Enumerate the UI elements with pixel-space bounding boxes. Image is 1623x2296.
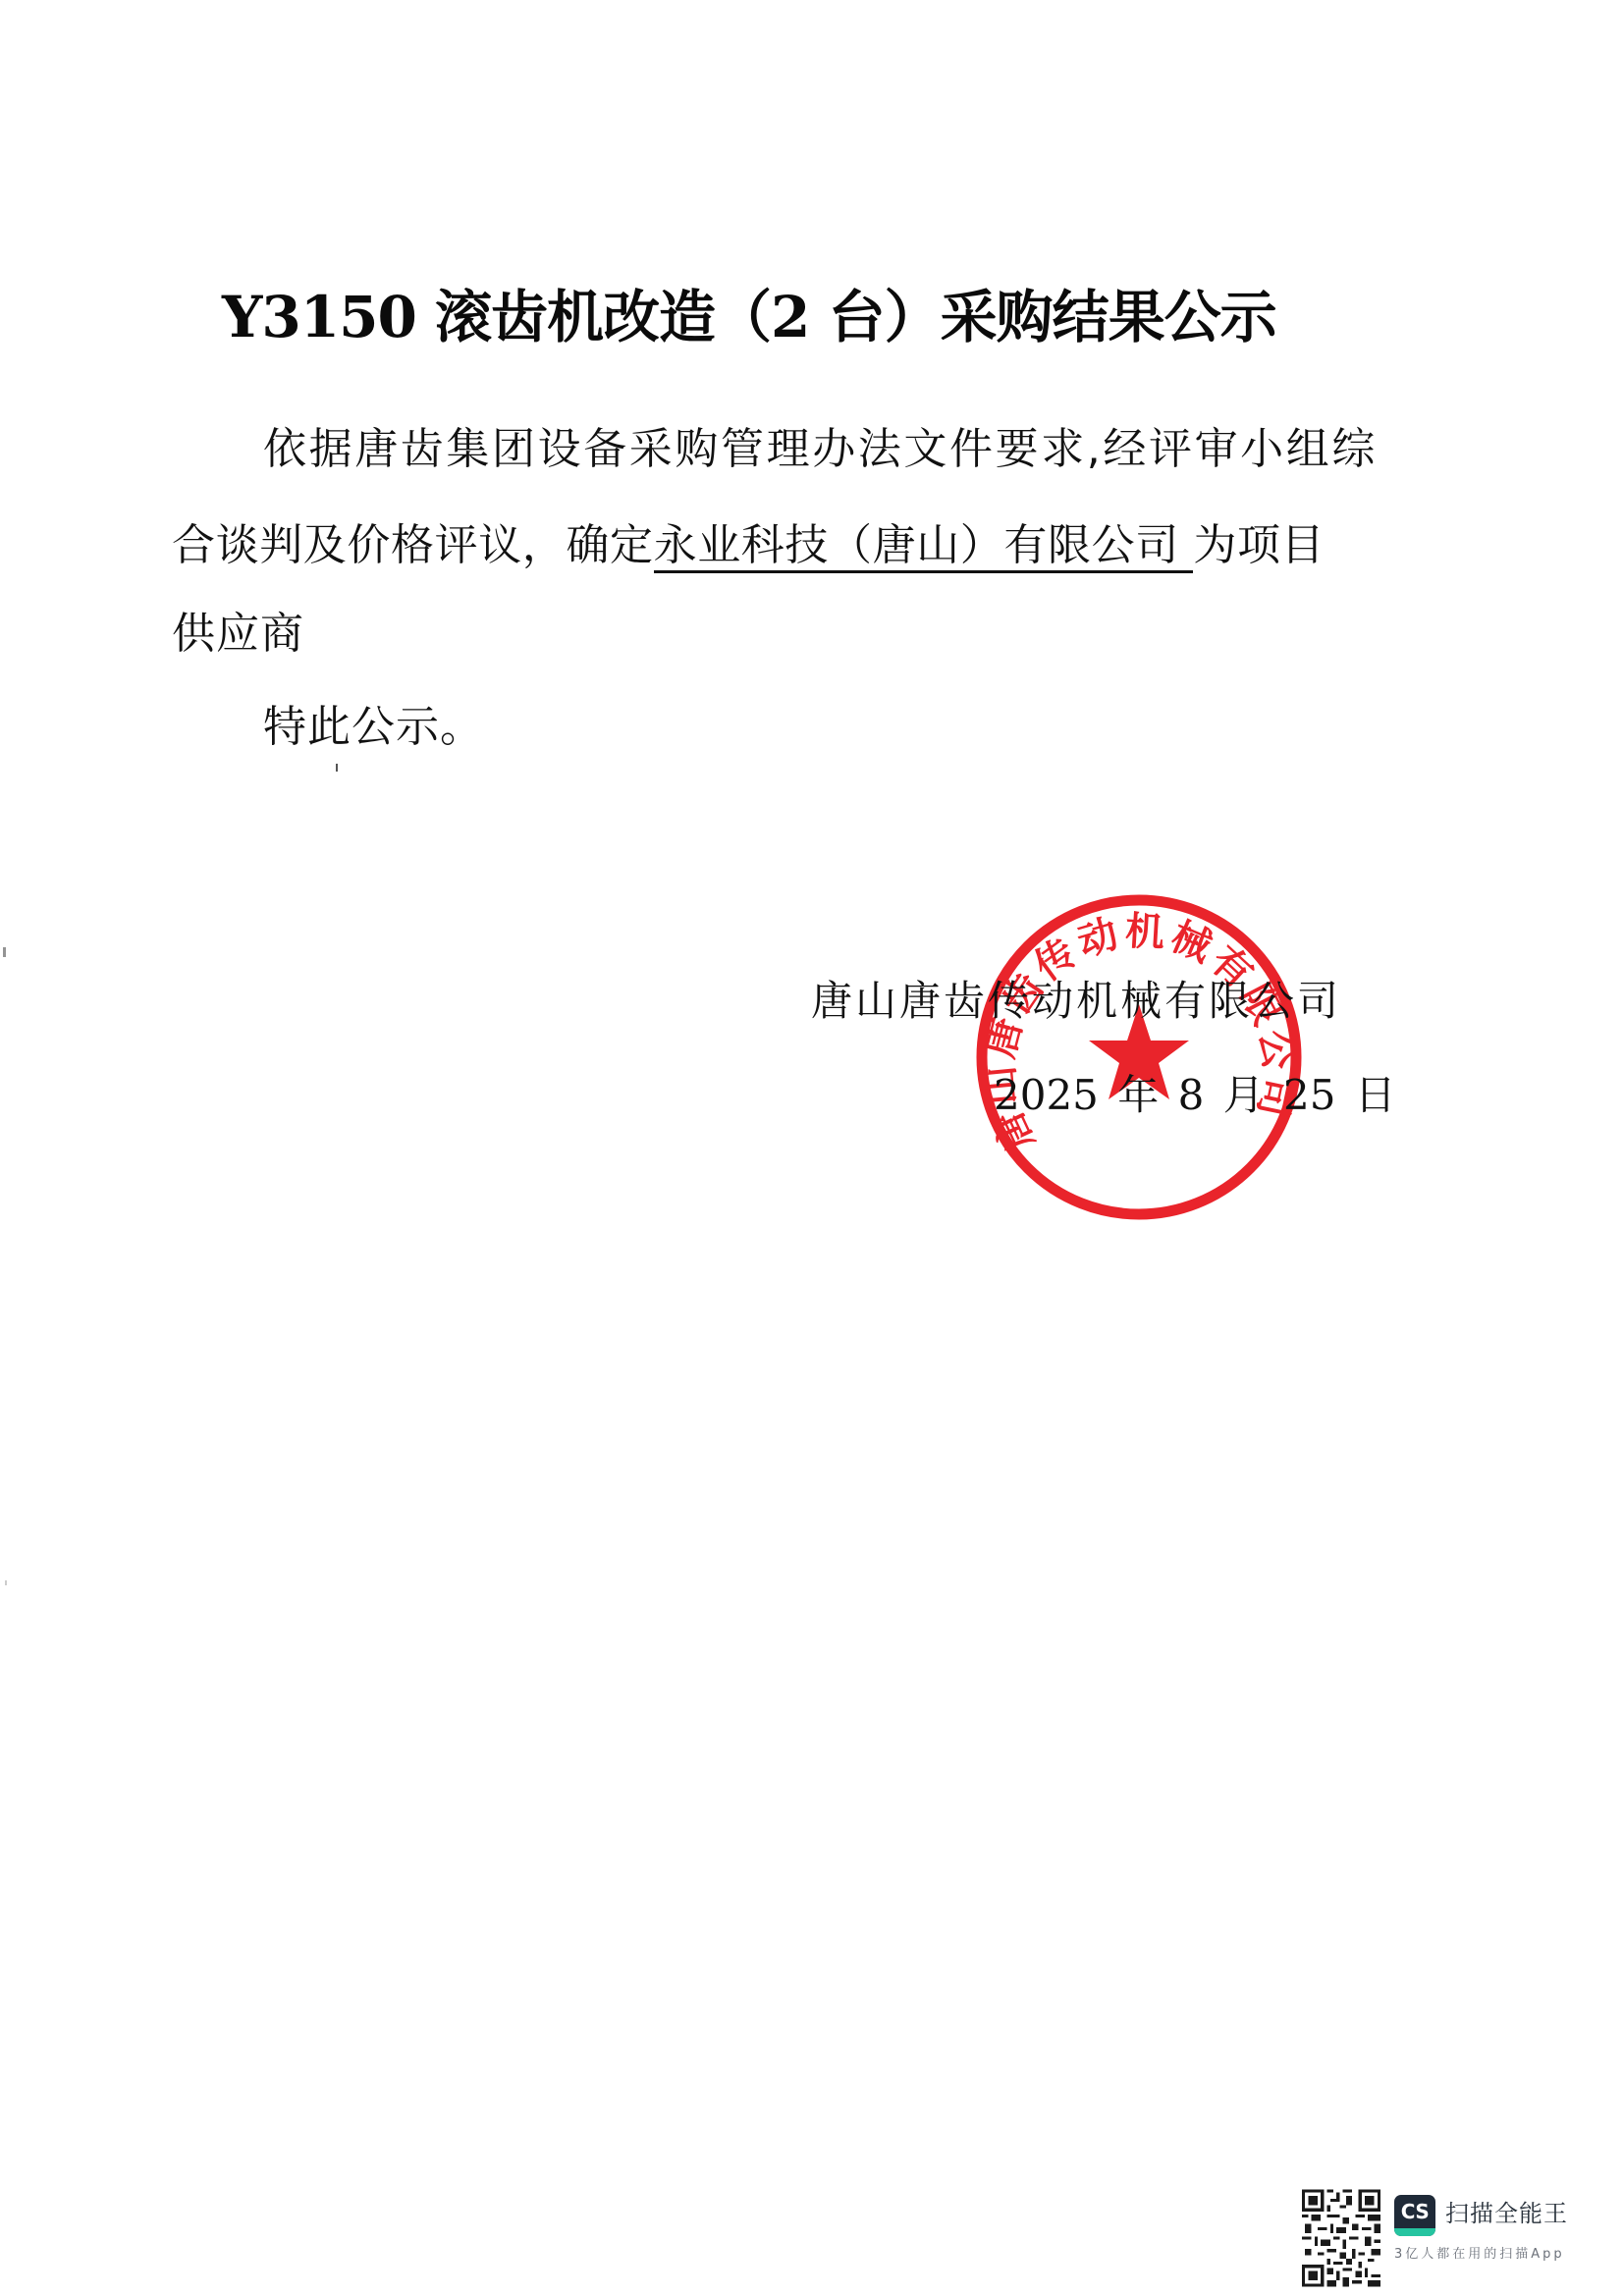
scanner-app-tagline: 3亿人都在用的扫描App [1394, 2246, 1565, 2264]
closing-statement: 特此公示。 [263, 702, 484, 753]
scan-edge-artifact [3, 947, 6, 957]
qr-code-icon [1302, 2189, 1380, 2287]
official-seal-stamp: 唐山唐齿传动机械有限公司 [972, 888, 1306, 1227]
scanner-app-watermark: CS 扫描全能王 3亿人都在用的扫描App [1298, 2185, 1593, 2291]
scan-artifact-mark [336, 764, 338, 772]
supplier-name-underlined: 永业科技（唐山）有限公司 [654, 520, 1194, 573]
scanned-page: Y3150 滚齿机改造（2 台）采购结果公示 依据唐齿集团设备采购管理办法文件要… [0, 0, 1623, 2296]
scan-edge-artifact [5, 1580, 7, 1585]
issue-date: 2025 年 8 月 25 日 [994, 1070, 1396, 1121]
body-paragraph-line-2: 合谈判及价格评议，确定永业科技（唐山）有限公司 为项目 [172, 520, 1325, 571]
body-paragraph-line-3: 供应商 [172, 609, 304, 660]
document-title: Y3150 滚齿机改造（2 台）采购结果公示 [222, 283, 1341, 351]
line-2-prefix: 合谈判及价格评议，确定 [172, 520, 654, 570]
scanner-app-name: 扫描全能王 [1445, 2199, 1568, 2228]
body-paragraph-line-1: 依据唐齿集团设备采购管理办法文件要求,经评审小组综 [263, 424, 1378, 475]
line-2-suffix: 为项目 [1193, 520, 1325, 570]
camscanner-logo-icon: CS [1394, 2195, 1435, 2236]
issuer-company-name: 唐山唐齿传动机械有限公司 [811, 976, 1341, 1027]
